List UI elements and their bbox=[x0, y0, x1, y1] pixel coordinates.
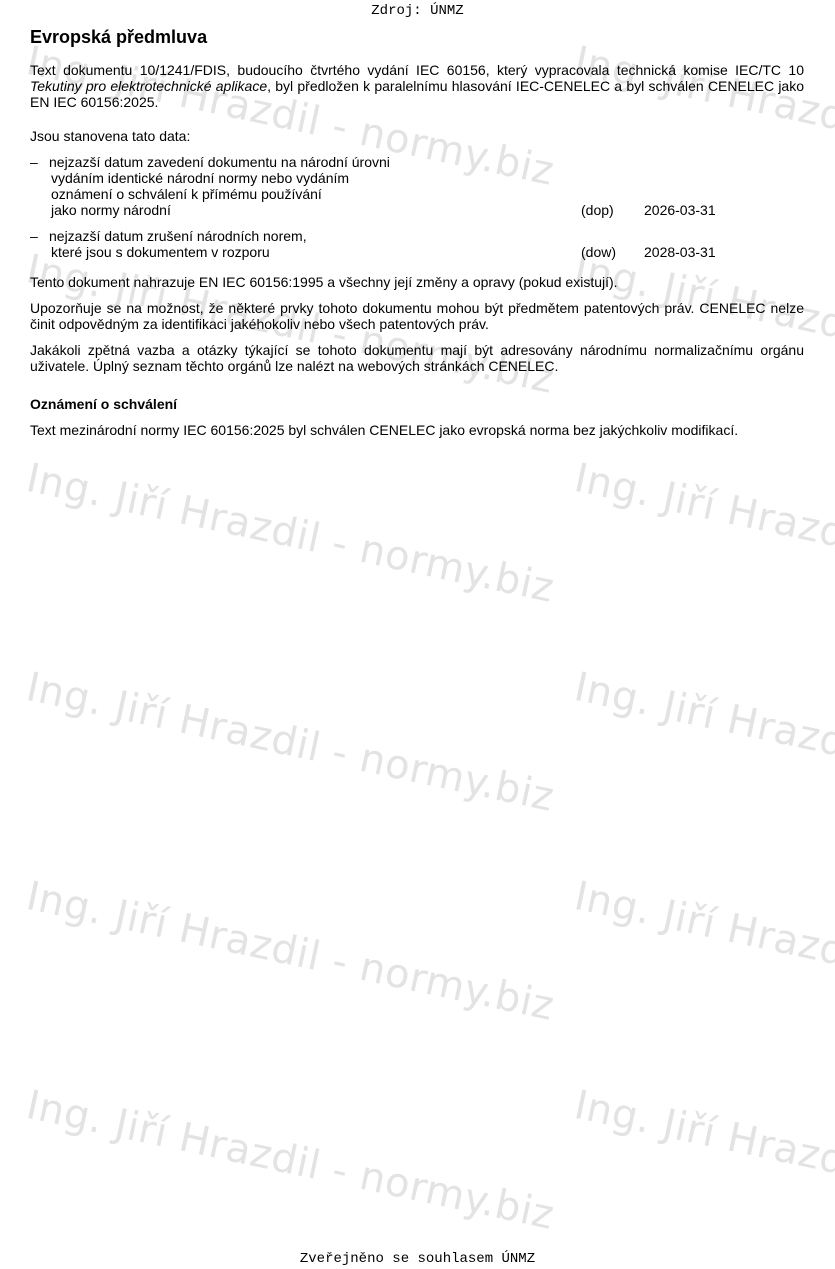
endorsement-heading: Oznámení o schválení bbox=[30, 396, 804, 412]
watermark: Ing. Jiří Hrazdil - normy.biz bbox=[570, 455, 835, 612]
watermark: Ing. Jiří Hrazdil - normy.biz bbox=[22, 1082, 558, 1239]
watermark: Ing. Jiří Hrazdil - normy.biz bbox=[570, 664, 835, 821]
date-code: (dop) bbox=[581, 202, 614, 218]
date-value: 2028-03-31 bbox=[644, 244, 716, 260]
list-dash: – bbox=[30, 154, 38, 170]
list-dash: – bbox=[30, 228, 38, 244]
intro-text: Text dokumentu 10/1241/FDIS, budoucího č… bbox=[30, 62, 804, 78]
date-item-dop: – nejzazší datum zavedení dokumentu na n… bbox=[30, 154, 804, 218]
watermark: Ing. Jiří Hrazdil - normy.biz bbox=[22, 664, 558, 821]
source-header: Zdroj: ÚNMZ bbox=[0, 3, 835, 19]
date-line: nejzazší datum zavedení dokumentu na nár… bbox=[49, 154, 804, 170]
page-title: Evropská předmluva bbox=[30, 26, 804, 48]
intro-paragraph: Text dokumentu 10/1241/FDIS, budoucího č… bbox=[30, 62, 804, 110]
date-item-dow: – nejzazší datum zrušení národních norem… bbox=[30, 228, 804, 260]
published-footer: Zveřejněno se souhlasem ÚNMZ bbox=[0, 1251, 835, 1267]
date-code: (dow) bbox=[581, 244, 616, 260]
dates-intro: Jsou stanovena tato data: bbox=[30, 128, 804, 144]
date-line: nejzazší datum zrušení národních norem, bbox=[49, 228, 804, 244]
patents-paragraph: Upozorňuje se na možnost, že některé prv… bbox=[30, 300, 804, 332]
watermark: Ing. Jiří Hrazdil - normy.biz bbox=[22, 455, 558, 612]
watermark: Ing. Jiří Hrazdil - normy.biz bbox=[570, 1082, 835, 1239]
date-line: vydáním identické národní normy nebo vyd… bbox=[49, 170, 804, 186]
endorsement-paragraph: Text mezinárodní normy IEC 60156:2025 by… bbox=[30, 422, 804, 438]
feedback-paragraph: Jakákoli zpětná vazba a otázky týkající … bbox=[30, 342, 804, 374]
watermark: Ing. Jiří Hrazdil - normy.biz bbox=[22, 873, 558, 1030]
date-value: 2026-03-31 bbox=[644, 202, 716, 218]
watermark: Ing. Jiří Hrazdil - normy.biz bbox=[570, 873, 835, 1030]
committee-title: Tekutiny pro elektrotechnické aplikace bbox=[30, 78, 267, 94]
document-content: Evropská předmluva Text dokumentu 10/124… bbox=[30, 26, 804, 438]
date-line: oznámení o schválení k přímému používání bbox=[49, 186, 804, 202]
replaces-paragraph: Tento dokument nahrazuje EN IEC 60156:19… bbox=[30, 274, 804, 290]
